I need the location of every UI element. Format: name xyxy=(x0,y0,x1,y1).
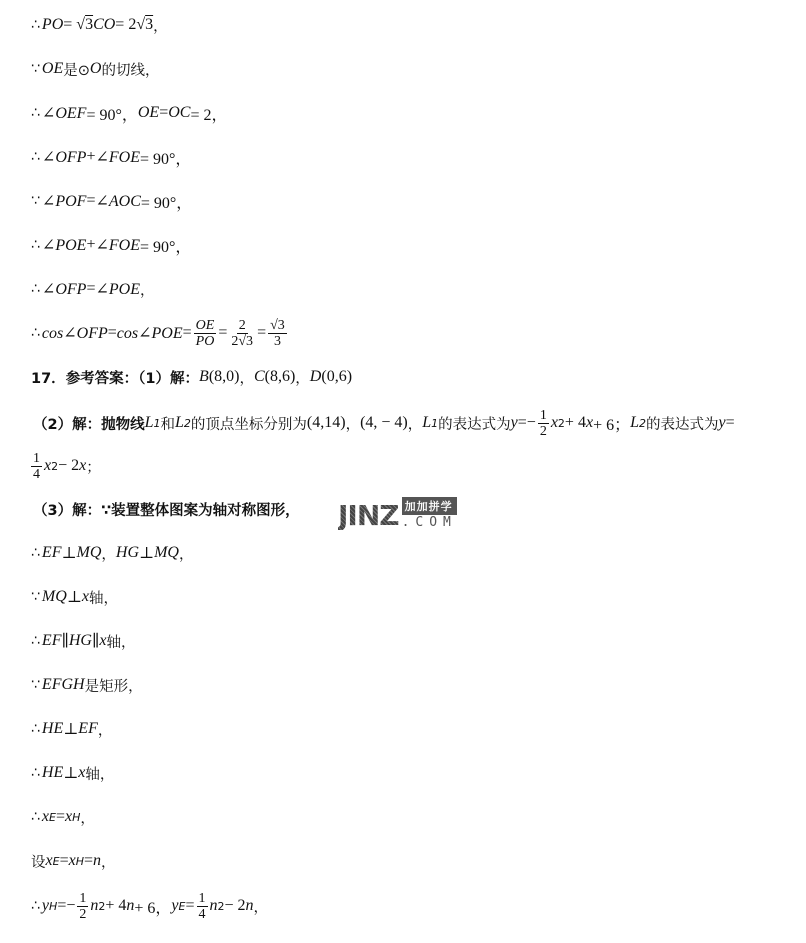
text: 和 xyxy=(161,413,176,434)
punct: ， xyxy=(101,851,116,872)
math: x xyxy=(44,457,51,475)
text: 是矩形， xyxy=(85,675,143,696)
question-17-part3: （3）解：∵装置整体图案为轴对称图形， xyxy=(33,494,300,524)
math: = 90°， xyxy=(86,102,137,125)
math: ∠AOC xyxy=(95,191,140,211)
punct: ， xyxy=(98,719,113,740)
math: n xyxy=(126,897,134,915)
therefore-symbol: ∴ xyxy=(31,17,40,33)
line-he-perp-x: ∴ HE ⊥ x 轴， xyxy=(31,758,114,788)
line-efgh-rect: ∵ EFGH 是矩形， xyxy=(31,670,143,700)
text: 轴， xyxy=(85,763,114,784)
numerator: 1 xyxy=(31,451,42,467)
math: x xyxy=(586,414,593,432)
line-ef-parallel: ∴ EF ∥ HG ∥ x 轴， xyxy=(31,626,135,656)
math: HG xyxy=(69,632,92,650)
line-poe-foe: ∴ ∠POE + ∠FOE = 90°， xyxy=(31,230,191,260)
line-mq-perp-x: ∵ MQ ⊥ x 轴， xyxy=(31,582,118,612)
denominator: 2√3 xyxy=(229,334,255,349)
math: x xyxy=(551,414,558,432)
line-ofp-eq-poe: ∴ ∠OFP = ∠POE ， xyxy=(31,274,154,304)
math: = 2√ xyxy=(115,16,145,34)
punct: ， xyxy=(80,807,95,828)
math: L xyxy=(175,414,184,432)
math: (8,0) xyxy=(209,368,240,386)
math: = 90°， xyxy=(140,146,191,169)
math: cos∠OFP xyxy=(42,323,108,343)
math: HE xyxy=(42,764,63,782)
math: OC xyxy=(168,104,190,122)
math: 3 xyxy=(145,16,153,34)
denominator: 4 xyxy=(31,467,42,482)
math: D xyxy=(310,368,322,386)
math: ∠OFP xyxy=(42,279,87,299)
math: L xyxy=(422,414,431,432)
therefore-symbol: ∴ xyxy=(31,809,40,825)
math: + 4 xyxy=(105,897,126,915)
text: 轴， xyxy=(106,631,135,652)
question-17-part2-cont: 1 4 x2 − 2 x ； xyxy=(31,448,101,484)
math: EF xyxy=(42,544,62,562)
math: x xyxy=(78,764,85,782)
therefore-symbol: ∴ xyxy=(31,105,40,121)
math: = √ xyxy=(63,16,85,34)
watermark-text: JINZ xyxy=(338,502,399,530)
subscript: E xyxy=(179,900,186,913)
math: MQ xyxy=(154,544,179,562)
text: 的切线， xyxy=(101,59,159,80)
math: = 90°， xyxy=(140,234,191,257)
punct: ， xyxy=(101,543,116,564)
text: 是⊙ xyxy=(63,59,90,80)
math: n xyxy=(90,897,98,915)
math: y xyxy=(511,414,518,432)
line-ofp-foe: ∴ ∠OFP + ∠FOE = 90°， xyxy=(31,142,191,172)
text: 的顶点坐标分别为 xyxy=(191,413,307,434)
punct: ， xyxy=(140,279,155,300)
math: + 4 xyxy=(565,414,586,432)
numerator: 2 xyxy=(237,318,248,334)
numerator: OE xyxy=(194,318,217,334)
therefore-symbol: ∴ xyxy=(31,237,40,253)
superscript: 2 xyxy=(558,417,565,430)
math: ∠OFP xyxy=(42,147,87,167)
math: HG xyxy=(116,544,139,562)
text: 的表达式为 xyxy=(438,413,511,434)
math: x xyxy=(69,852,76,870)
text: 的表达式为 xyxy=(646,413,719,434)
math: ∥ xyxy=(61,631,68,651)
line-yh-ye: ∴ yH =− 1 2 n2 + 4 n + 6， yE = 1 4 n2 − … xyxy=(31,888,268,924)
punct: ， xyxy=(408,413,423,434)
punct: ； xyxy=(86,456,101,477)
math: ⊥ xyxy=(63,763,78,783)
math: L xyxy=(145,414,154,432)
math: ⊥ xyxy=(63,719,78,739)
because-symbol: ∵ xyxy=(31,193,40,209)
math: ⊥ xyxy=(139,543,154,563)
answer-label: 参考答案：（1）解： xyxy=(66,367,199,388)
math: OE xyxy=(42,60,63,78)
math: + 6； xyxy=(593,412,630,435)
fraction-1-2: 1 2 xyxy=(77,891,88,922)
math: − 2 xyxy=(225,897,246,915)
punct: ， xyxy=(254,896,269,917)
because-symbol: ∵ xyxy=(31,61,40,77)
therefore-symbol: ∴ xyxy=(31,545,40,561)
denominator: 4 xyxy=(197,907,208,922)
math: = xyxy=(218,324,227,342)
math: x xyxy=(82,588,89,606)
math: EFGH xyxy=(42,676,85,694)
math: (8,6) xyxy=(265,368,296,386)
math: ⊥ xyxy=(61,543,76,563)
math: (4,14) xyxy=(307,414,346,432)
math: (0,6) xyxy=(321,368,352,386)
math: x xyxy=(79,457,86,475)
math: 3 xyxy=(85,16,93,34)
math: x xyxy=(46,852,53,870)
subscript: H xyxy=(72,811,80,824)
math: ∠POE xyxy=(42,235,87,255)
math: + xyxy=(86,148,95,166)
math: MQ xyxy=(42,588,67,606)
superscript: 2 xyxy=(98,900,105,913)
math: = 90°， xyxy=(141,190,192,213)
math: = xyxy=(84,852,93,870)
math: = xyxy=(159,104,168,122)
line-tangent: ∵ OE 是⊙ O 的切线， xyxy=(31,54,159,84)
math: n xyxy=(93,852,101,870)
math: OE xyxy=(138,104,159,122)
denominator: PO xyxy=(194,334,217,349)
math: + xyxy=(86,236,95,254)
therefore-symbol: ∴ xyxy=(31,281,40,297)
math: = xyxy=(183,324,192,342)
math: O xyxy=(90,60,102,78)
math: = xyxy=(60,852,69,870)
part-label: （3）解：∵装置整体图案为轴对称图形， xyxy=(33,499,300,520)
math: EF xyxy=(42,632,62,650)
math: B xyxy=(199,368,209,386)
numerator: 1 xyxy=(197,891,208,907)
line-he-perp-ef: ∴ HE ⊥ EF ， xyxy=(31,714,112,744)
math: = 2， xyxy=(190,102,227,125)
subscript: 1 xyxy=(431,417,438,430)
fraction-sqrt3-3: √3 3 xyxy=(268,318,287,349)
line-po: ∴ PO = √ 3 CO = 2√ 3 ， xyxy=(31,10,168,40)
math: = xyxy=(108,324,117,342)
fraction-2-2sqrt3: 2 2√3 xyxy=(229,318,255,349)
punct: ， xyxy=(295,367,310,388)
fraction-oe-po: OE PO xyxy=(194,318,217,349)
fraction-1-4: 1 4 xyxy=(197,891,208,922)
math: = xyxy=(185,897,194,915)
therefore-symbol: ∴ xyxy=(31,721,40,737)
math: = xyxy=(257,324,266,342)
math: ∠OEF xyxy=(42,103,87,123)
math: EF xyxy=(78,720,98,738)
math: x xyxy=(99,632,106,650)
math: ∠POF xyxy=(42,191,87,211)
line-xe-eq-xh: ∴ xE = xH ， xyxy=(31,802,95,832)
math: = xyxy=(726,414,735,432)
watermark-cn: 加加拼学 xyxy=(402,497,457,515)
math: ∠FOE xyxy=(95,147,140,167)
math: = xyxy=(86,280,95,298)
numerator: 1 xyxy=(77,891,88,907)
subscript: H xyxy=(49,900,57,913)
math: − 2 xyxy=(58,457,79,475)
subscript: 1 xyxy=(154,417,161,430)
subscript: E xyxy=(49,811,56,824)
math: ⊥ xyxy=(67,587,82,607)
math: =− xyxy=(518,414,536,432)
math: CO xyxy=(93,16,115,34)
math: n xyxy=(210,897,218,915)
math: (4, − 4) xyxy=(360,414,408,432)
math: + 6， xyxy=(134,895,171,918)
question-number: 17． xyxy=(31,367,66,388)
because-symbol: ∵ xyxy=(31,589,40,605)
denominator: 2 xyxy=(77,907,88,922)
line-pof-aoc: ∵ ∠POF = ∠AOC = 90°， xyxy=(31,186,192,216)
part-label: （2）解：抛物线 xyxy=(33,413,145,434)
math: y xyxy=(719,414,726,432)
punct: ， xyxy=(346,413,361,434)
line-cos: ∴ cos∠OFP = cos∠POE = OE PO = 2 2√3 = √3… xyxy=(31,316,289,350)
superscript: 2 xyxy=(218,900,225,913)
math: PO xyxy=(42,16,63,34)
fraction-1-2: 1 2 xyxy=(538,408,549,439)
subscript: 2 xyxy=(639,417,646,430)
math: =− xyxy=(57,897,75,915)
math: L xyxy=(630,414,639,432)
math: MQ xyxy=(77,544,102,562)
question-17-part1: 17． 参考答案：（1）解： B (8,0) ， C (8,6) ， D (0,… xyxy=(31,362,352,392)
numerator: √3 xyxy=(268,318,287,334)
math: x xyxy=(42,808,49,826)
watermark-right: 加加拼学 .COM xyxy=(402,497,457,530)
therefore-symbol: ∴ xyxy=(31,633,40,649)
math: = xyxy=(56,808,65,826)
line-let-n: 设 xE = xH = n ， xyxy=(31,846,116,876)
text: 设 xyxy=(31,851,46,872)
text: 轴， xyxy=(89,587,118,608)
therefore-symbol: ∴ xyxy=(31,898,40,914)
line-ef-perp-mq: ∴ EF ⊥ MQ ， HG ⊥ MQ ， xyxy=(31,538,193,568)
subscript: E xyxy=(53,855,60,868)
denominator: 2 xyxy=(538,424,549,439)
subscript: H xyxy=(76,855,84,868)
punct: ， xyxy=(179,543,194,564)
therefore-symbol: ∴ xyxy=(31,149,40,165)
math: = xyxy=(86,192,95,210)
question-17-part2: （2）解：抛物线 L1 和 L2 的顶点坐标分别为 (4,14) ， (4, −… xyxy=(33,406,735,440)
subscript: 2 xyxy=(184,417,191,430)
math: y xyxy=(42,897,49,915)
therefore-symbol: ∴ xyxy=(31,765,40,781)
punct: ， xyxy=(239,367,254,388)
therefore-symbol: ∴ xyxy=(31,325,40,341)
math: cos∠POE xyxy=(117,323,183,343)
superscript: 2 xyxy=(51,460,58,473)
watermark-logo: JINZ 加加拼学 .COM xyxy=(338,490,478,530)
because-symbol: ∵ xyxy=(31,677,40,693)
math: y xyxy=(171,897,178,915)
watermark-com: .COM xyxy=(402,515,457,530)
punct: ， xyxy=(153,15,168,36)
math: C xyxy=(254,368,265,386)
math: ∠POE xyxy=(95,279,140,299)
numerator: 1 xyxy=(538,408,549,424)
math: n xyxy=(246,897,254,915)
math: ∠FOE xyxy=(95,235,140,255)
denominator: 3 xyxy=(272,334,283,349)
math: HE xyxy=(42,720,63,738)
fraction-1-4: 1 4 xyxy=(31,451,42,482)
math: x xyxy=(65,808,72,826)
line-oef: ∴ ∠OEF = 90°， OE = OC = 2， xyxy=(31,98,228,128)
